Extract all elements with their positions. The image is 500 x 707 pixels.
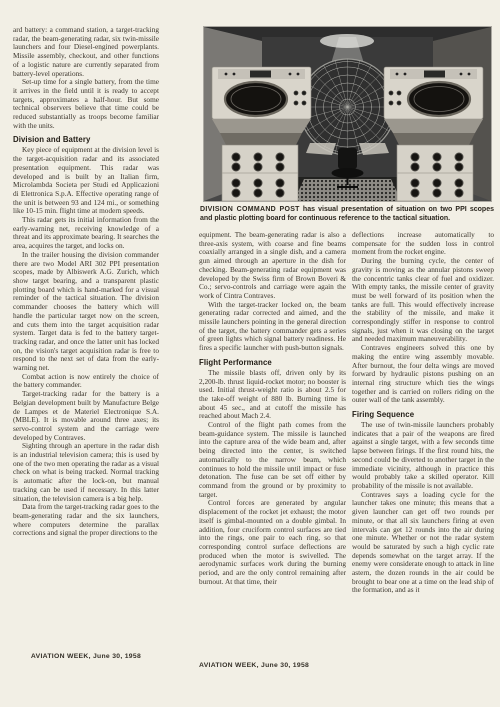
magazine-page: ard battery: a command station, a target…: [0, 0, 500, 707]
body-paragraph: During the burning cycle, the center of …: [352, 257, 494, 344]
ppi-console-right: [384, 67, 483, 201]
body-paragraph: In the trailer housing the division comm…: [13, 251, 159, 373]
writing-shelf-right: [359, 143, 389, 155]
section-heading: Flight Performance: [199, 358, 346, 367]
ppi-scope-screen-left: [225, 82, 287, 116]
photo-caption: DIVISION COMMAND POST has visual present…: [200, 205, 494, 224]
body-paragraph: equipment. The beam-generating radar is …: [199, 231, 346, 301]
body-paragraph: Key piece of equipment at the division l…: [13, 146, 159, 216]
writing-shelf-left: [306, 143, 336, 155]
body-paragraph: Set-up time for a single battery, from t…: [13, 78, 159, 130]
photo-caption-lead: DIVISION COMMAND POST: [200, 206, 300, 213]
body-paragraph: ard battery: a command station, a target…: [13, 26, 159, 78]
body-paragraph: Control forces are generated by angular …: [199, 499, 346, 586]
ppi-scope-screen-right: [408, 82, 470, 116]
right-text-column: deflections increase automatically to co…: [352, 231, 494, 655]
section-heading: Division and Battery: [13, 135, 159, 144]
page-gutter-shadow: [157, 0, 205, 707]
ppi-console-left: [212, 67, 311, 201]
left-text-column: ard battery: a command station, a target…: [13, 26, 159, 646]
footer-left: AVIATION WEEK, June 30, 1958: [13, 653, 159, 660]
body-paragraph: deflections increase automatically to co…: [352, 231, 494, 257]
body-paragraph: Contraves says a loading cycle for the l…: [352, 491, 494, 595]
body-paragraph: Target-tracking radar for the battery is…: [13, 390, 159, 442]
body-paragraph: The missile blasts off, driven only by i…: [199, 369, 346, 421]
body-paragraph: With the target-tracker locked on, the b…: [199, 301, 346, 353]
body-paragraph: Sighting through an aperture in the rada…: [13, 442, 159, 503]
body-paragraph: Data from the target-tracking radar goes…: [13, 503, 159, 538]
middle-text-column: equipment. The beam-generating radar is …: [199, 231, 346, 655]
body-paragraph: Combat action is now entirely the choice…: [13, 373, 159, 390]
body-paragraph: Control of the flight path comes from th…: [199, 421, 346, 499]
body-paragraph: The use of twin-missile launchers probab…: [352, 421, 494, 491]
section-heading: Firing Sequence: [352, 410, 494, 419]
footer-right: AVIATION WEEK, June 30, 1958: [199, 662, 309, 669]
body-paragraph: This radar gets its initial information …: [13, 216, 159, 251]
command-post-photo: [204, 27, 491, 201]
body-paragraph: Contraves engineers solved this one by m…: [352, 344, 494, 405]
